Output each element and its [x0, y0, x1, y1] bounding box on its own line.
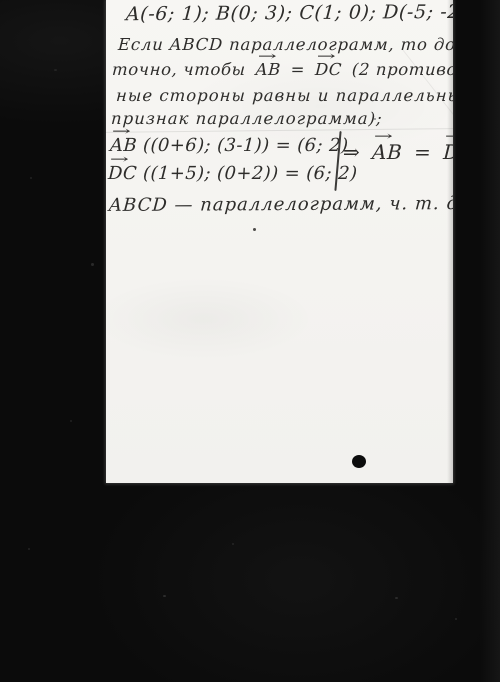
condition-text-post: (2 противополож-	[351, 60, 453, 79]
vector-ab: →AB	[372, 141, 403, 164]
equals-sign: =	[290, 60, 305, 79]
vector-arrow-icon: →	[257, 50, 277, 62]
equals-sign: =	[414, 140, 433, 164]
paper-sheet: A(-6; 1); B(0; 3); C(1; 0); D(-5; -2); Е…	[106, 0, 453, 483]
dust-speck	[70, 420, 72, 422]
vector-arrow-icon: →	[445, 130, 453, 142]
coords-line: A(-6; 1); B(0; 3); C(1; 0); D(-5; -2);	[125, 2, 453, 26]
vector-dc: →DC	[443, 141, 453, 164]
criterion-line: признак параллелограмма);	[111, 110, 384, 129]
dust-speck	[163, 595, 166, 597]
vector-arrow-icon: →	[109, 153, 129, 165]
condition-line: точно, чтобы →AB = →DC (2 противополож-	[112, 61, 453, 80]
ink-dot	[253, 228, 256, 231]
calc-dc-line: →DC((1+5); (0+2)) = (6; 2)	[107, 164, 357, 185]
dust-speck	[455, 618, 457, 620]
hole-punch-dot	[352, 455, 366, 468]
conclusion-line: ⇒ →AB = →DC ⇒	[342, 141, 453, 164]
vector-ab: →AB	[255, 61, 281, 80]
vector-dc: →DC	[314, 61, 342, 80]
vector-arrow-icon: →	[374, 130, 394, 142]
dust-speck	[91, 263, 94, 266]
sides-line: ные стороны равны и параллельны —	[116, 87, 453, 106]
implies-sign: ⇒	[342, 140, 361, 164]
qed-line: ABCD — параллелограмм, ч. т. д.	[108, 194, 453, 217]
calc-dc-body: ((1+5); (0+2)) = (6; 2)	[143, 163, 358, 184]
vector-dc-label: DC	[443, 140, 453, 164]
hypothesis-line: Если ABCD параллелограмм, то доста-	[118, 36, 453, 55]
vector-arrow-icon: →	[316, 50, 336, 62]
vector-dc-label: DC	[107, 163, 137, 184]
dust-speck	[395, 597, 398, 599]
dust-speck	[54, 69, 57, 71]
paper-crease	[401, 48, 453, 116]
vector-dc: →DC	[107, 164, 137, 185]
vector-arrow-icon: →	[111, 125, 131, 137]
dust-speck	[28, 548, 30, 550]
ink-speck	[374, 118, 376, 120]
dust-speck	[232, 543, 234, 545]
scanner-bed: { "palette": { "scanner_background": "#0…	[0, 0, 500, 682]
calc-ab-body: ((0+6); (3-1)) = (6; 2)	[143, 135, 349, 156]
dust-speck	[30, 177, 32, 179]
vector-ab-label: AB	[372, 140, 403, 164]
calc-ab-line: →AB((0+6); (3-1)) = (6; 2)	[109, 136, 348, 157]
condition-text-pre: точно, чтобы	[112, 60, 247, 79]
